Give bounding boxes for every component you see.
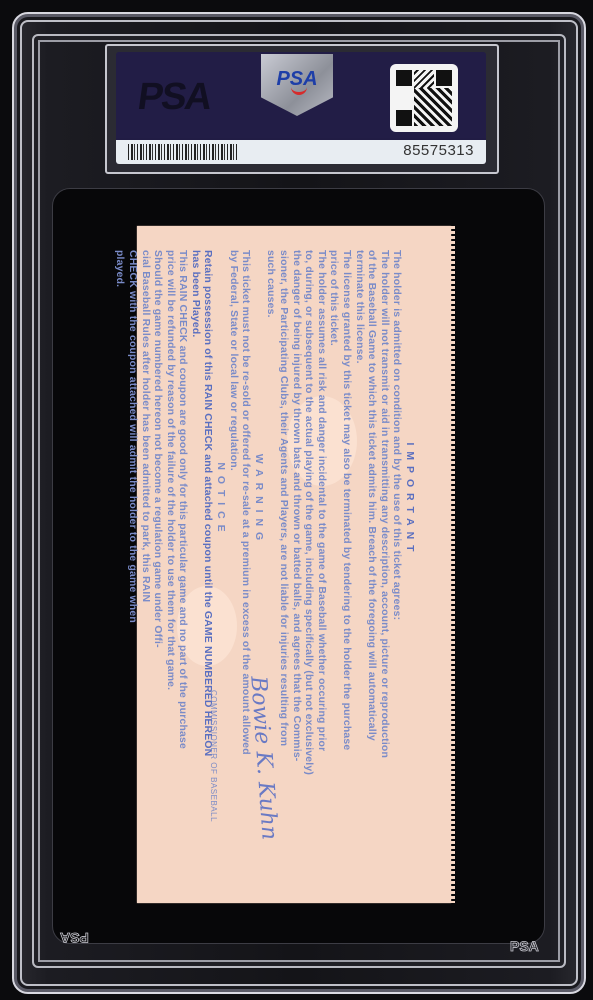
terms-line: sioner, the Participating Clubs, their A…	[276, 250, 289, 750]
psa-hologram-shield-icon: PSA	[261, 54, 333, 116]
barcode-icon	[128, 144, 238, 160]
warning-line: This ticket must not be re-sold or offer…	[239, 250, 252, 750]
important-heading: IMPORTANT	[402, 250, 415, 750]
corner-psa-logo-icon: PSA	[510, 938, 539, 954]
terms-line: terminate this license.	[352, 250, 365, 750]
notice-line: Retain possession of this RAIN CHECK and…	[201, 250, 214, 750]
terms-line: price of this ticket.	[327, 250, 340, 750]
signature-caption: COMMISSIONER OF BASEBALL	[209, 690, 218, 822]
warning-line: by Federal, State or local law or regula…	[226, 250, 239, 750]
label-barcode-strip: 85575313	[116, 140, 486, 164]
ticket-text-rotated: IMPORTANT The holder is admitted on cond…	[137, 226, 451, 903]
ticket-back: IMPORTANT The holder is admitted on cond…	[137, 226, 451, 903]
terms-line: The holder assumes all risk and danger i…	[314, 250, 327, 750]
notice-line: Should the game numbered hereon not beco…	[151, 250, 164, 750]
label-top: PSA PSA	[116, 52, 486, 138]
notice-line: CHECK with the coupon attached will admi…	[125, 250, 138, 750]
terms-line: The holder is admitted on condition and …	[390, 250, 403, 750]
notice-line: This RAIN CHECK and coupon are good only…	[176, 250, 189, 750]
notice-line: has been Played.	[188, 250, 201, 750]
cert-number: 85575313	[403, 142, 474, 159]
corner-psa-logo-icon: PSA	[60, 930, 89, 946]
terms-line: The license granted by this ticket may a…	[339, 250, 352, 750]
psa-logo-embossed: PSA	[135, 76, 213, 119]
notice-line: cial Baseball Rules after holder has bee…	[138, 250, 151, 750]
terms-line: to, during, or subsequent to the actual …	[302, 250, 315, 750]
notice-heading: NOTICE	[214, 250, 227, 750]
hologram-swoosh-icon	[291, 84, 307, 95]
terms-line: the danger of being injured by thrown ba…	[289, 250, 302, 750]
terms-line: of the Baseball Game to which this ticke…	[365, 250, 378, 750]
terms-line: The holder will not transmit or aid in t…	[377, 250, 390, 750]
qr-pattern	[396, 70, 452, 126]
qr-code-icon[interactable]	[390, 64, 458, 132]
notice-line: price will be refunded by reason of the …	[163, 250, 176, 750]
commissioner-signature-block: Bowie K. Kuhn COMMISSIONER OF BASEBALL	[186, 676, 276, 876]
notice-line: played.	[113, 250, 126, 750]
psa-label: PSA PSA 85575313	[116, 52, 486, 164]
